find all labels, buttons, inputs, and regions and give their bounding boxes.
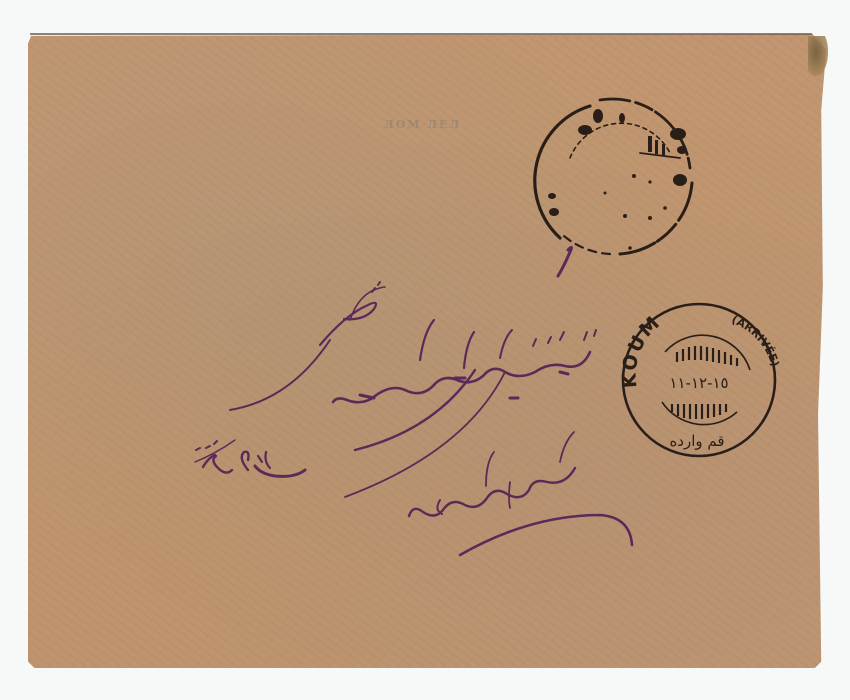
envelope-top-edge <box>30 33 812 35</box>
origin-postmark-icon <box>530 88 705 263</box>
handwriting-recipient-line-1: قم <box>0 0 1 1</box>
svg-text:KOUM: KOUM <box>618 311 665 389</box>
postmark-date: ١٥-١٢-١١ <box>669 374 728 392</box>
handwriting-recipient-line-2: بکارخانه محترم آقای حاجی محمد ابراهیم شک… <box>0 0 1 1</box>
faint-printed-text: ЛОМ ЛЕЛ <box>384 118 461 131</box>
postmark-persian-label: قم وارده <box>669 432 724 450</box>
origin-postmark <box>530 88 705 263</box>
torn-corner <box>808 36 828 76</box>
postmark-city: KOUM <box>618 311 665 389</box>
koum-arrival-postmark: KOUM (ARRIVÉE) ١٥-١٢-١١ قم وارده <box>617 300 782 460</box>
handwriting-bottom-line: لکتر قوه عالم حسین قزل <box>0 0 1 1</box>
koum-postmark-icon: KOUM (ARRIVÉE) ١٥-١٢-١١ قم وارده <box>617 300 782 460</box>
handwriting-date-line: بتاریخ ۲۹ محرم ۵۵ <box>0 0 1 1</box>
